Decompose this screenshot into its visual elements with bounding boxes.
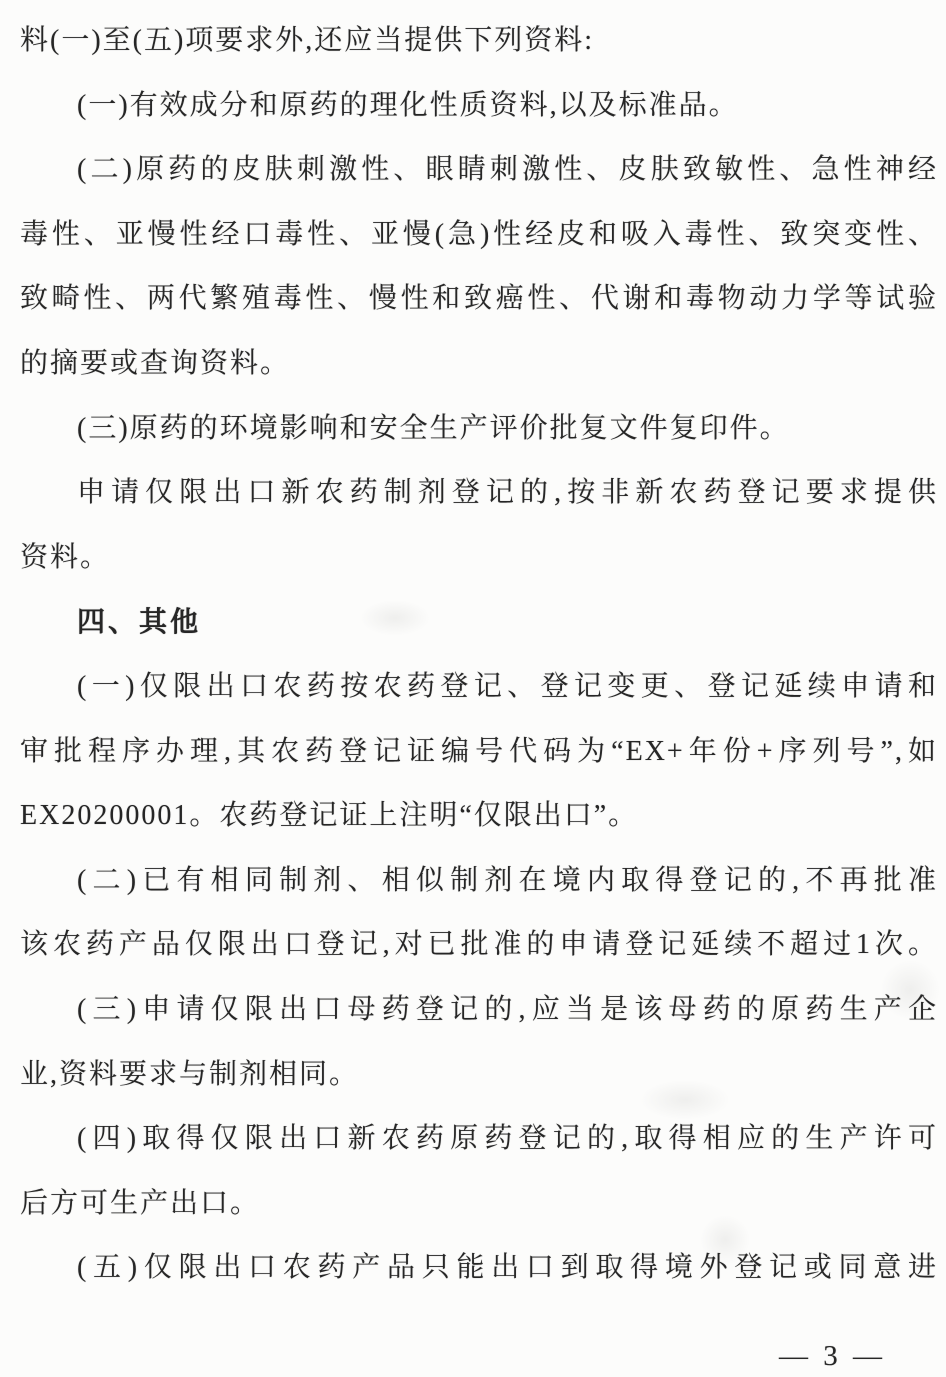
text-line: (四)取得仅限出口新农药原药登记的,取得相应的生产许可 (20, 1107, 938, 1172)
text-line: (一)有效成分和原药的理化性质资料,以及标准品。 (20, 74, 938, 139)
document-page: 料(一)至(五)项要求外,还应当提供下列资料: (一)有效成分和原药的理化性质资… (0, 0, 946, 1377)
text-line: (五)仅限出口农药产品只能出口到取得境外登记或同意进 (20, 1236, 938, 1301)
page-number: — 3 — (20, 1339, 938, 1373)
text-line: (一)仅限出口农药按农药登记、登记变更、登记延续申请和 (20, 655, 938, 720)
text-line: 业,资料要求与制剂相同。 (20, 1043, 938, 1108)
text-line: 该农药产品仅限出口登记,对已批准的申请登记延续不超过1次。 (20, 913, 938, 978)
text-line: (二)原药的皮肤刺激性、眼睛刺激性、皮肤致敏性、急性神经 (20, 138, 938, 203)
text-line: (三)原药的环境影响和安全生产评价批复文件复印件。 (20, 397, 938, 462)
text-line: 后方可生产出口。 (20, 1172, 938, 1237)
text-line: 的摘要或查询资料。 (20, 332, 938, 397)
text-line: (三)申请仅限出口母药登记的,应当是该母药的原药生产企 (20, 978, 938, 1043)
document-body: 料(一)至(五)项要求外,还应当提供下列资料: (一)有效成分和原药的理化性质资… (20, 9, 938, 1301)
section-heading: 四、其他 (20, 590, 938, 655)
text-line: 申请仅限出口新农药制剂登记的,按非新农药登记要求提供 (20, 461, 938, 526)
text-line: 审批程序办理,其农药登记证编号代码为“EX+年份+序列号”,如 (20, 720, 938, 785)
text-line: (二)已有相同制剂、相似制剂在境内取得登记的,不再批准 (20, 849, 938, 914)
text-line: 料(一)至(五)项要求外,还应当提供下列资料: (20, 9, 938, 74)
text-line: EX20200001。农药登记证上注明“仅限出口”。 (20, 784, 938, 849)
text-line: 致畸性、两代繁殖毒性、慢性和致癌性、代谢和毒物动力学等试验 (20, 267, 938, 332)
text-line: 毒性、亚慢性经口毒性、亚慢(急)性经皮和吸入毒性、致突变性、 (20, 203, 938, 268)
text-line: 资料。 (20, 526, 938, 591)
